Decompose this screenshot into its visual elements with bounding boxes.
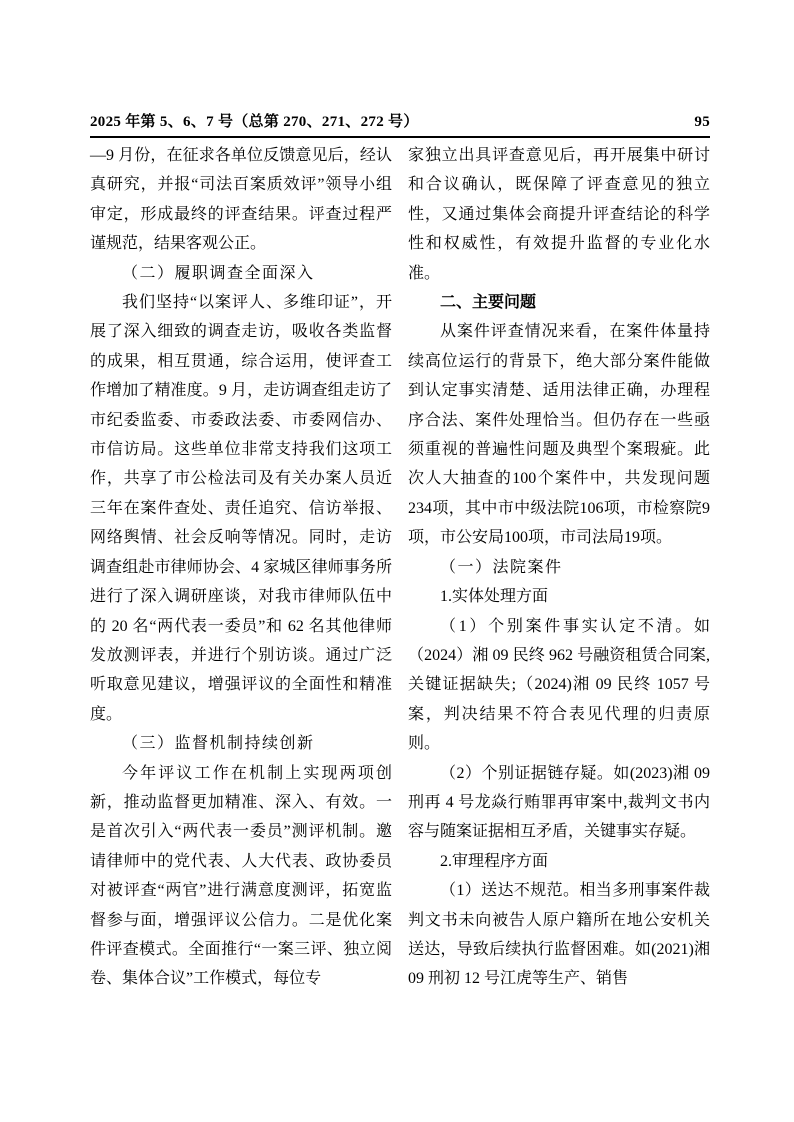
two-column-layout: —9 月份，在征求各单位反馈意见后，经认真研究，并报“司法百案质效评”领导小组审… — [90, 141, 710, 994]
paragraph: 2.审理程序方面 — [408, 847, 710, 876]
paragraph: 1.实体处理方面 — [408, 582, 710, 611]
paragraph: 家独立出具评查意见后，再开展集中研讨和合议确认，既保障了评查意见的独立性，又通过… — [408, 141, 710, 288]
paragraph: 从案件评查情况来看，在案件体量持续高位运行的背景下，绝大部分案件能做到认定事实清… — [408, 317, 710, 552]
section-heading: 二、主要问题 — [408, 288, 710, 317]
paragraph: —9 月份，在征求各单位反馈意见后，经认真研究，并报“司法百案质效评”领导小组审… — [90, 141, 392, 259]
paragraph: 今年评议工作在机制上实现两项创新，推动监督更加精准、深入、有效。一是首次引入“两… — [90, 759, 392, 994]
issue-info: 2025 年第 5、6、7 号（总第 270、271、272 号） — [90, 110, 419, 131]
page-number: 95 — [694, 114, 710, 131]
paragraph: （2）个别证据链存疑。如(2023)湘 09 刑再 4 号龙焱行贿罪再审案中,裁… — [408, 759, 710, 847]
page-header: 2025 年第 5、6、7 号（总第 270、271、272 号） 95 — [90, 110, 710, 138]
document-page: 2025 年第 5、6、7 号（总第 270、271、272 号） 95 —9 … — [0, 0, 794, 1122]
left-column: —9 月份，在征求各单位反馈意见后，经认真研究，并报“司法百案质效评”领导小组审… — [90, 141, 392, 994]
section-heading: （一）法院案件 — [408, 553, 710, 582]
paragraph: 我们坚持“以案评人、多维印证”，开展了深入细致的调查走访，吸收各类监督的成果，相… — [90, 288, 392, 729]
right-column: 家独立出具评查意见后，再开展集中研讨和合议确认，既保障了评查意见的独立性，又通过… — [408, 141, 710, 994]
paragraph: （1）送达不规范。相当多刑事案件裁判文书未向被告人原户籍所在地公安机关送达，导致… — [408, 876, 710, 994]
paragraph: （1）个别案件事实认定不清。如（2024）湘 09 民终 962 号融资租赁合同… — [408, 612, 710, 759]
section-heading: （二）履职调查全面深入 — [90, 259, 392, 288]
section-heading: （三）监督机制持续创新 — [90, 729, 392, 758]
